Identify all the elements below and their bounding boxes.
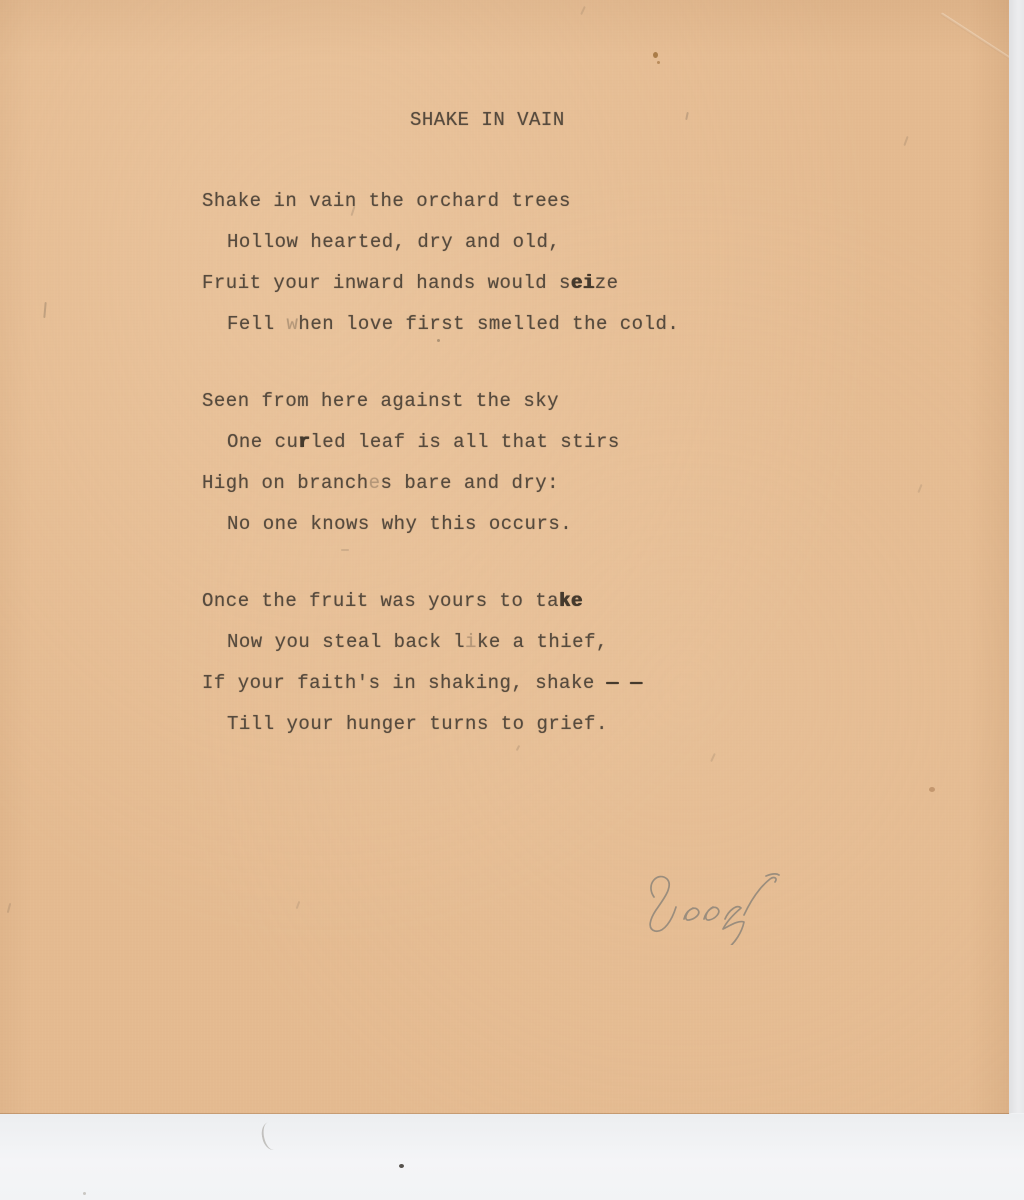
stray-mark [580,6,586,15]
poem-text-segment: i [465,631,477,653]
ink-speck [437,339,440,342]
poem-line: Once the fruit was yours to take [202,590,679,631]
page-title: SHAKE IN VAIN [410,109,565,131]
stray-mark [710,753,716,762]
poem-line: Fell when love first smelled the cold. [202,313,679,354]
ink-speck [657,61,660,64]
signature-scribble [616,845,826,945]
poem-line: Shake in vain the orchard trees [202,190,679,231]
poem-text-segment: ze [595,272,619,294]
poem-text-segment: High on branch [202,472,369,494]
poem-line: No one knows why this occurs. [202,513,679,554]
poem-line: Hollow hearted, dry and old, [202,231,679,272]
poem-text-segment: Once the fruit was yours to ta [202,590,559,612]
stray-mark [917,484,922,493]
poem-text-segment: — — [607,672,643,694]
poem: Shake in vain the orchard treesHollow he… [202,190,679,790]
poem-text-segment: ke a thief, [477,631,608,653]
poem-text-segment: Fruit your inward hands would s [202,272,571,294]
ink-speck [653,52,658,58]
poem-line: One curled leaf is all that stirs [202,431,679,472]
poem-text-segment: If your faith's in shaking, shake [202,672,607,694]
poem-text-segment: led leaf is all that stirs [310,431,619,453]
poem-text-segment: No one knows why this occurs. [227,513,572,535]
ink-speck [399,1164,404,1168]
signature [616,845,826,950]
poem-line: Now you steal back like a thief, [202,631,679,672]
stray-mark [296,901,301,909]
fold-crease [940,12,1019,65]
poem-text-segment: w [287,313,299,335]
poem-text-segment: Fell [227,313,287,335]
stray-mark [43,302,46,318]
scanner-background-strip [0,1114,1024,1200]
poem-text-segment: Shake in vain the orchard trees [202,190,571,212]
poem-text-segment: Hollow hearted, dry and old, [227,231,560,253]
poem-text-segment: Now you steal back l [227,631,465,653]
poem-text-segment: ke [559,590,583,612]
paper-sheet: SHAKE IN VAIN Shake in vain the orchard … [0,0,1009,1114]
stanza: Shake in vain the orchard treesHollow he… [202,190,679,354]
poem-line: Fruit your inward hands would seize [202,272,679,313]
stray-mark [7,903,12,913]
stray-mark [903,136,908,146]
poem-line: High on branches bare and dry: [202,472,679,513]
poem-line: Till your hunger turns to grief. [202,713,679,754]
stray-mark [341,549,349,551]
poem-text-segment: e [369,472,381,494]
poem-text-segment: ei [571,272,595,294]
rust-stain [929,787,935,792]
scanned-page: SHAKE IN VAIN Shake in vain the orchard … [0,0,1024,1200]
poem-line: Seen from here against the sky [202,390,679,431]
ink-speck [83,1192,86,1195]
poem-text-segment: hen love first smelled the cold. [298,313,679,335]
scanner-edge-strip [1009,0,1024,1113]
stray-mark [685,112,689,120]
poem-line: If your faith's in shaking, shake — — [202,672,679,713]
poem-text-segment: Till your hunger turns to grief. [227,713,608,735]
stanza: Seen from here against the skyOne curled… [202,390,679,554]
poem-text-segment: Seen from here against the sky [202,390,559,412]
poem-text-segment: r [298,431,310,453]
poem-text-segment: One cu [227,431,298,453]
stanza: Once the fruit was yours to takeNow you … [202,590,679,754]
poem-text-segment: s bare and dry: [381,472,560,494]
